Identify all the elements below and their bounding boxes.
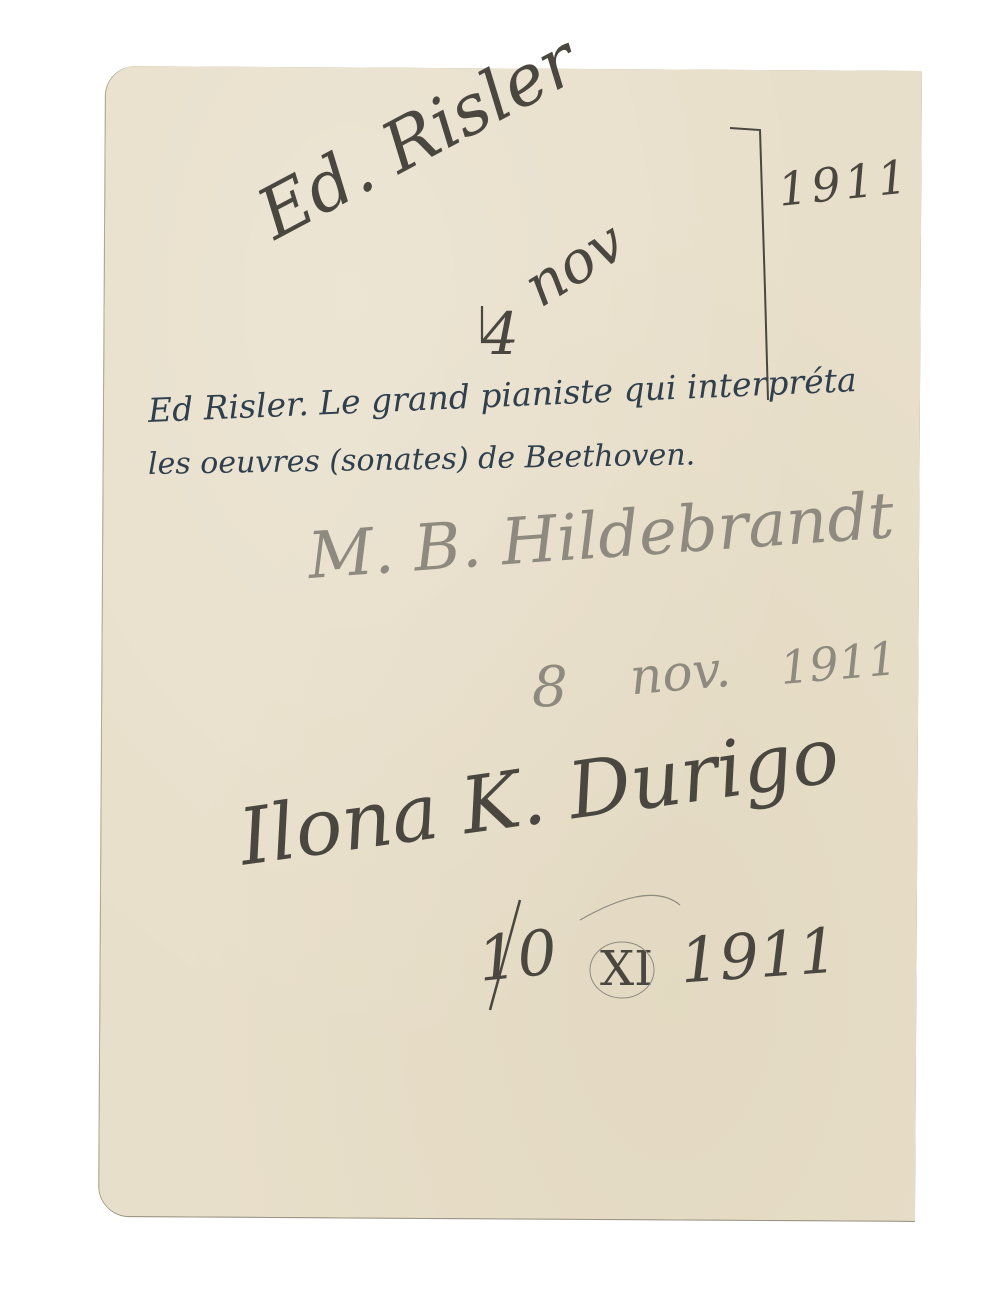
risler-date-day: 4 xyxy=(482,305,519,363)
hildebrandt-date-month: nov. xyxy=(628,644,732,703)
hildebrandt-date-year: 1911 xyxy=(778,635,899,691)
durigo-date-month: XI xyxy=(600,945,653,993)
hildebrandt-date-day: 8 xyxy=(532,660,568,716)
risler-date-year: 1911 xyxy=(776,153,913,213)
durigo-date-year: 1911 xyxy=(678,920,840,993)
durigo-date-day: 10 xyxy=(475,921,560,991)
